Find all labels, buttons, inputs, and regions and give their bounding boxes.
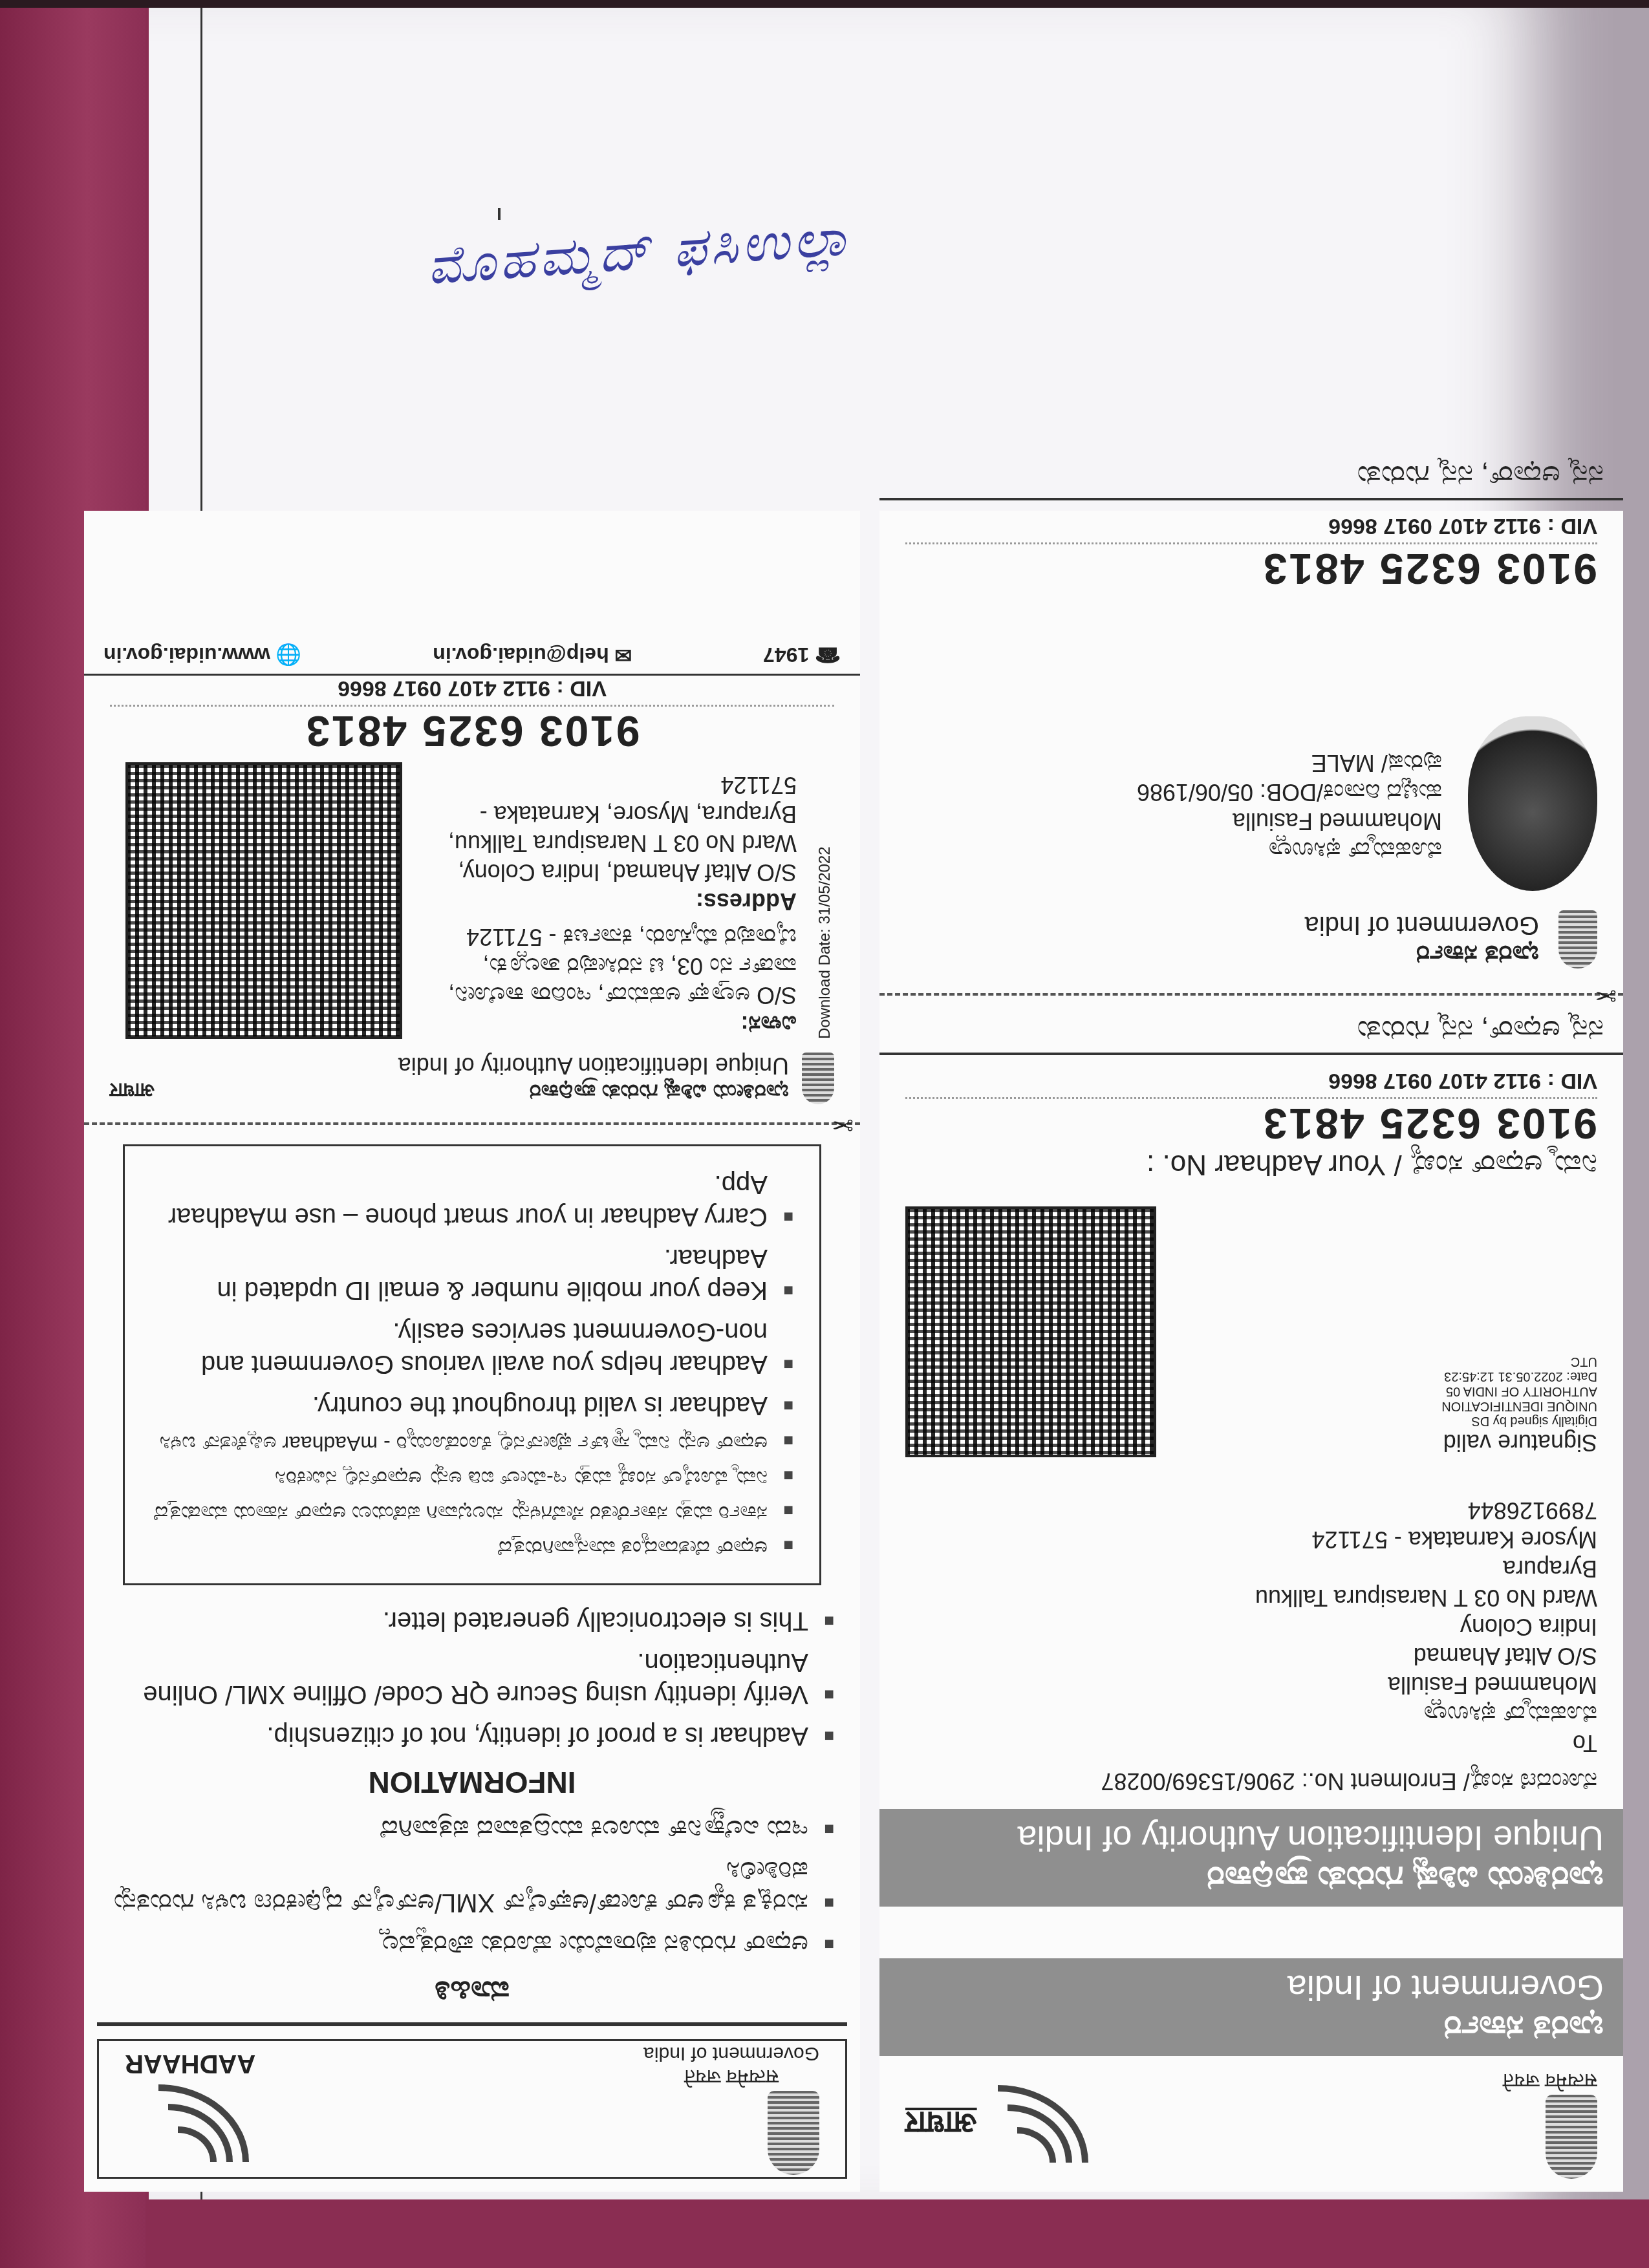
card-vid: VID : 9112 4107 0917 8666 xyxy=(905,513,1597,544)
email-contact[interactable]: ✉ help@uidai.gov.in xyxy=(433,643,632,667)
holder-name-kn: ಮೊಹಮ್ಮದ್ ಫಸಿಉಲ್ಲಾ xyxy=(1137,836,1442,865)
scissors-icon: ✂ xyxy=(832,1109,854,1139)
aadhaar-logo-small: आधार xyxy=(110,1052,155,1104)
pen-mark xyxy=(498,208,501,220)
info-half: सत्यमेव जयते Government of India AADHAAR… xyxy=(84,511,860,2192)
back-cover-header: सत्यमेव जयते Government of India AADHAAR xyxy=(97,2039,847,2179)
to-label: To xyxy=(905,1729,1597,1758)
tagline: ನನ್ನ ಆಧಾರ್, ನನ್ನ ಗುರುತು xyxy=(879,1007,1623,1055)
aadhaar-hindi-logo: आधार xyxy=(905,2103,977,2145)
handwritten-signature: ಮೊಹಮ್ಮದ್ ಫಸಿಉಲ್ಲಾ xyxy=(426,206,857,297)
uidai-band: ಭಾರತೀಯ ವಿಶಿಷ್ಟ ಗುರುತು ಪ್ರಾಧಿಕಾರ Unique I… xyxy=(879,1809,1623,1907)
cut-line: ✂ xyxy=(84,1122,860,1125)
emblem-icon xyxy=(1546,2095,1597,2179)
recipient-address: ಮೊಹಮ್ಮದ್ ಫಸಿಉಲ್ಲಾ Mohammed Fasiulla S/O … xyxy=(905,1496,1597,1729)
download-date: Download Date: 31/05/2022 xyxy=(816,762,834,1039)
card-qr-code xyxy=(125,762,402,1039)
signature-block: Signature valid Digitally signed by DS U… xyxy=(1429,1206,1597,1457)
aadhaar-number: 9103 6325 4813 xyxy=(905,1099,1597,1148)
phone-icon: ☎ xyxy=(815,643,841,667)
holder-dob: ಹುಟ್ಟಿದ ದಿನಾಂಕ/DOB: 05/06/1986 xyxy=(1137,778,1442,807)
globe-icon: 🌐 xyxy=(276,643,302,667)
aadhaar-letter-upside-down: सत्यमेव जयते आधार ಭಾರತ ಸರ್ಕಾರ Government… xyxy=(45,491,1623,2192)
aadhaar-logo-icon xyxy=(985,2079,1095,2169)
letter-half: सत्यमेव जयते आधार ಭಾರತ ಸರ್ಕಾರ Government… xyxy=(879,511,1623,2192)
aadhaar-card-back: ಭಾರತೀಯ ವಿಶಿಷ್ಟ ಗುರುತು ಪ್ರಾಧಿಕಾರ Unique I… xyxy=(84,1045,860,1111)
card-tagline: ನನ್ನ ಆಧಾರ್, ನನ್ನ ಗುರುತು xyxy=(879,453,1623,500)
info-list-kn: ಆಧಾರ್ ಗುರುತಿನ ಪುರಾವೆಯೇ ಹೊರತು ಪೌರತ್ವವಲ್ಲ … xyxy=(84,1813,860,1960)
phone-contact[interactable]: ☎ 1947 xyxy=(763,643,841,667)
letter-logos: सत्यमेव जयते आधार xyxy=(879,2056,1623,2192)
back-vid: VID : 9112 4107 0917 8666 xyxy=(110,676,834,707)
address: S/O Altaf Ahamad, Indira Colony, Ward No… xyxy=(422,771,797,887)
holder-name: Mohammed Fasiulla xyxy=(1137,807,1442,836)
secure-qr-code xyxy=(905,1206,1156,1457)
info-title-kn: ಮಾಹಿತಿ xyxy=(84,1973,860,2009)
emblem-caption: सत्यमेव जयते xyxy=(1503,2069,1597,2095)
cut-line: ✂ xyxy=(879,993,1623,996)
holder-gender: ಪುರುಷ/ MALE xyxy=(1137,749,1442,778)
aadhaar-card-front: ಭಾರತ ಸರ್ಕಾರ Government of India xyxy=(879,897,1623,981)
emblem-icon xyxy=(1558,910,1597,968)
emblem-icon xyxy=(768,2091,819,2176)
website-link[interactable]: 🌐 www.uidai.gov.in xyxy=(103,643,302,667)
vid-number: VID : 9112 4107 0917 8666 xyxy=(905,1068,1597,1099)
scanner-edge xyxy=(0,0,1649,8)
mail-icon: ✉ xyxy=(615,643,632,667)
enrolment-number: ನೋಂದಣಿ ಸಂಖ್ಯೆ/ Enrolment No.: 2906/15369… xyxy=(905,1767,1597,1796)
info-box: ಆಧಾರ್ ದೇಶದಾದ್ಯಂತ ಮಾನ್ಯವಾಗಿರುತ್ತದೆ ಸರ್ಕಾರ… xyxy=(123,1144,821,1585)
info-list: Aadhaar is a proof of identity, not of c… xyxy=(84,1605,860,1752)
your-aadhaar-label: ನಿಮ್ಮ ಆಧಾರ್ ಸಂಖ್ಯೆ / Your Aadhaar No. : xyxy=(905,1148,1597,1181)
aadhaar-logo-icon xyxy=(145,2079,255,2169)
info-title: INFORMATION xyxy=(84,1765,860,1800)
contact-footer: ☎ 1947 ✉ help@uidai.gov.in 🌐 www.uidai.g… xyxy=(84,636,860,676)
scissors-icon: ✂ xyxy=(1595,980,1617,1010)
emblem-icon xyxy=(802,1053,834,1104)
card-aadhaar-number: 9103 6325 4813 xyxy=(905,544,1597,594)
gov-band: ಭಾರತ ಸರ್ಕಾರ Government of India xyxy=(879,1958,1623,2056)
holder-photo xyxy=(1468,716,1597,891)
address-kn: S/O ಅಲ್ತಾಫ್ ಅಹಮದ್, ಇಂದಿರಾ ಕಾಲೋನಿ, ವಾರ್ಡ್… xyxy=(422,923,797,1010)
back-aadhaar-number: 9103 6325 4813 xyxy=(110,707,834,756)
